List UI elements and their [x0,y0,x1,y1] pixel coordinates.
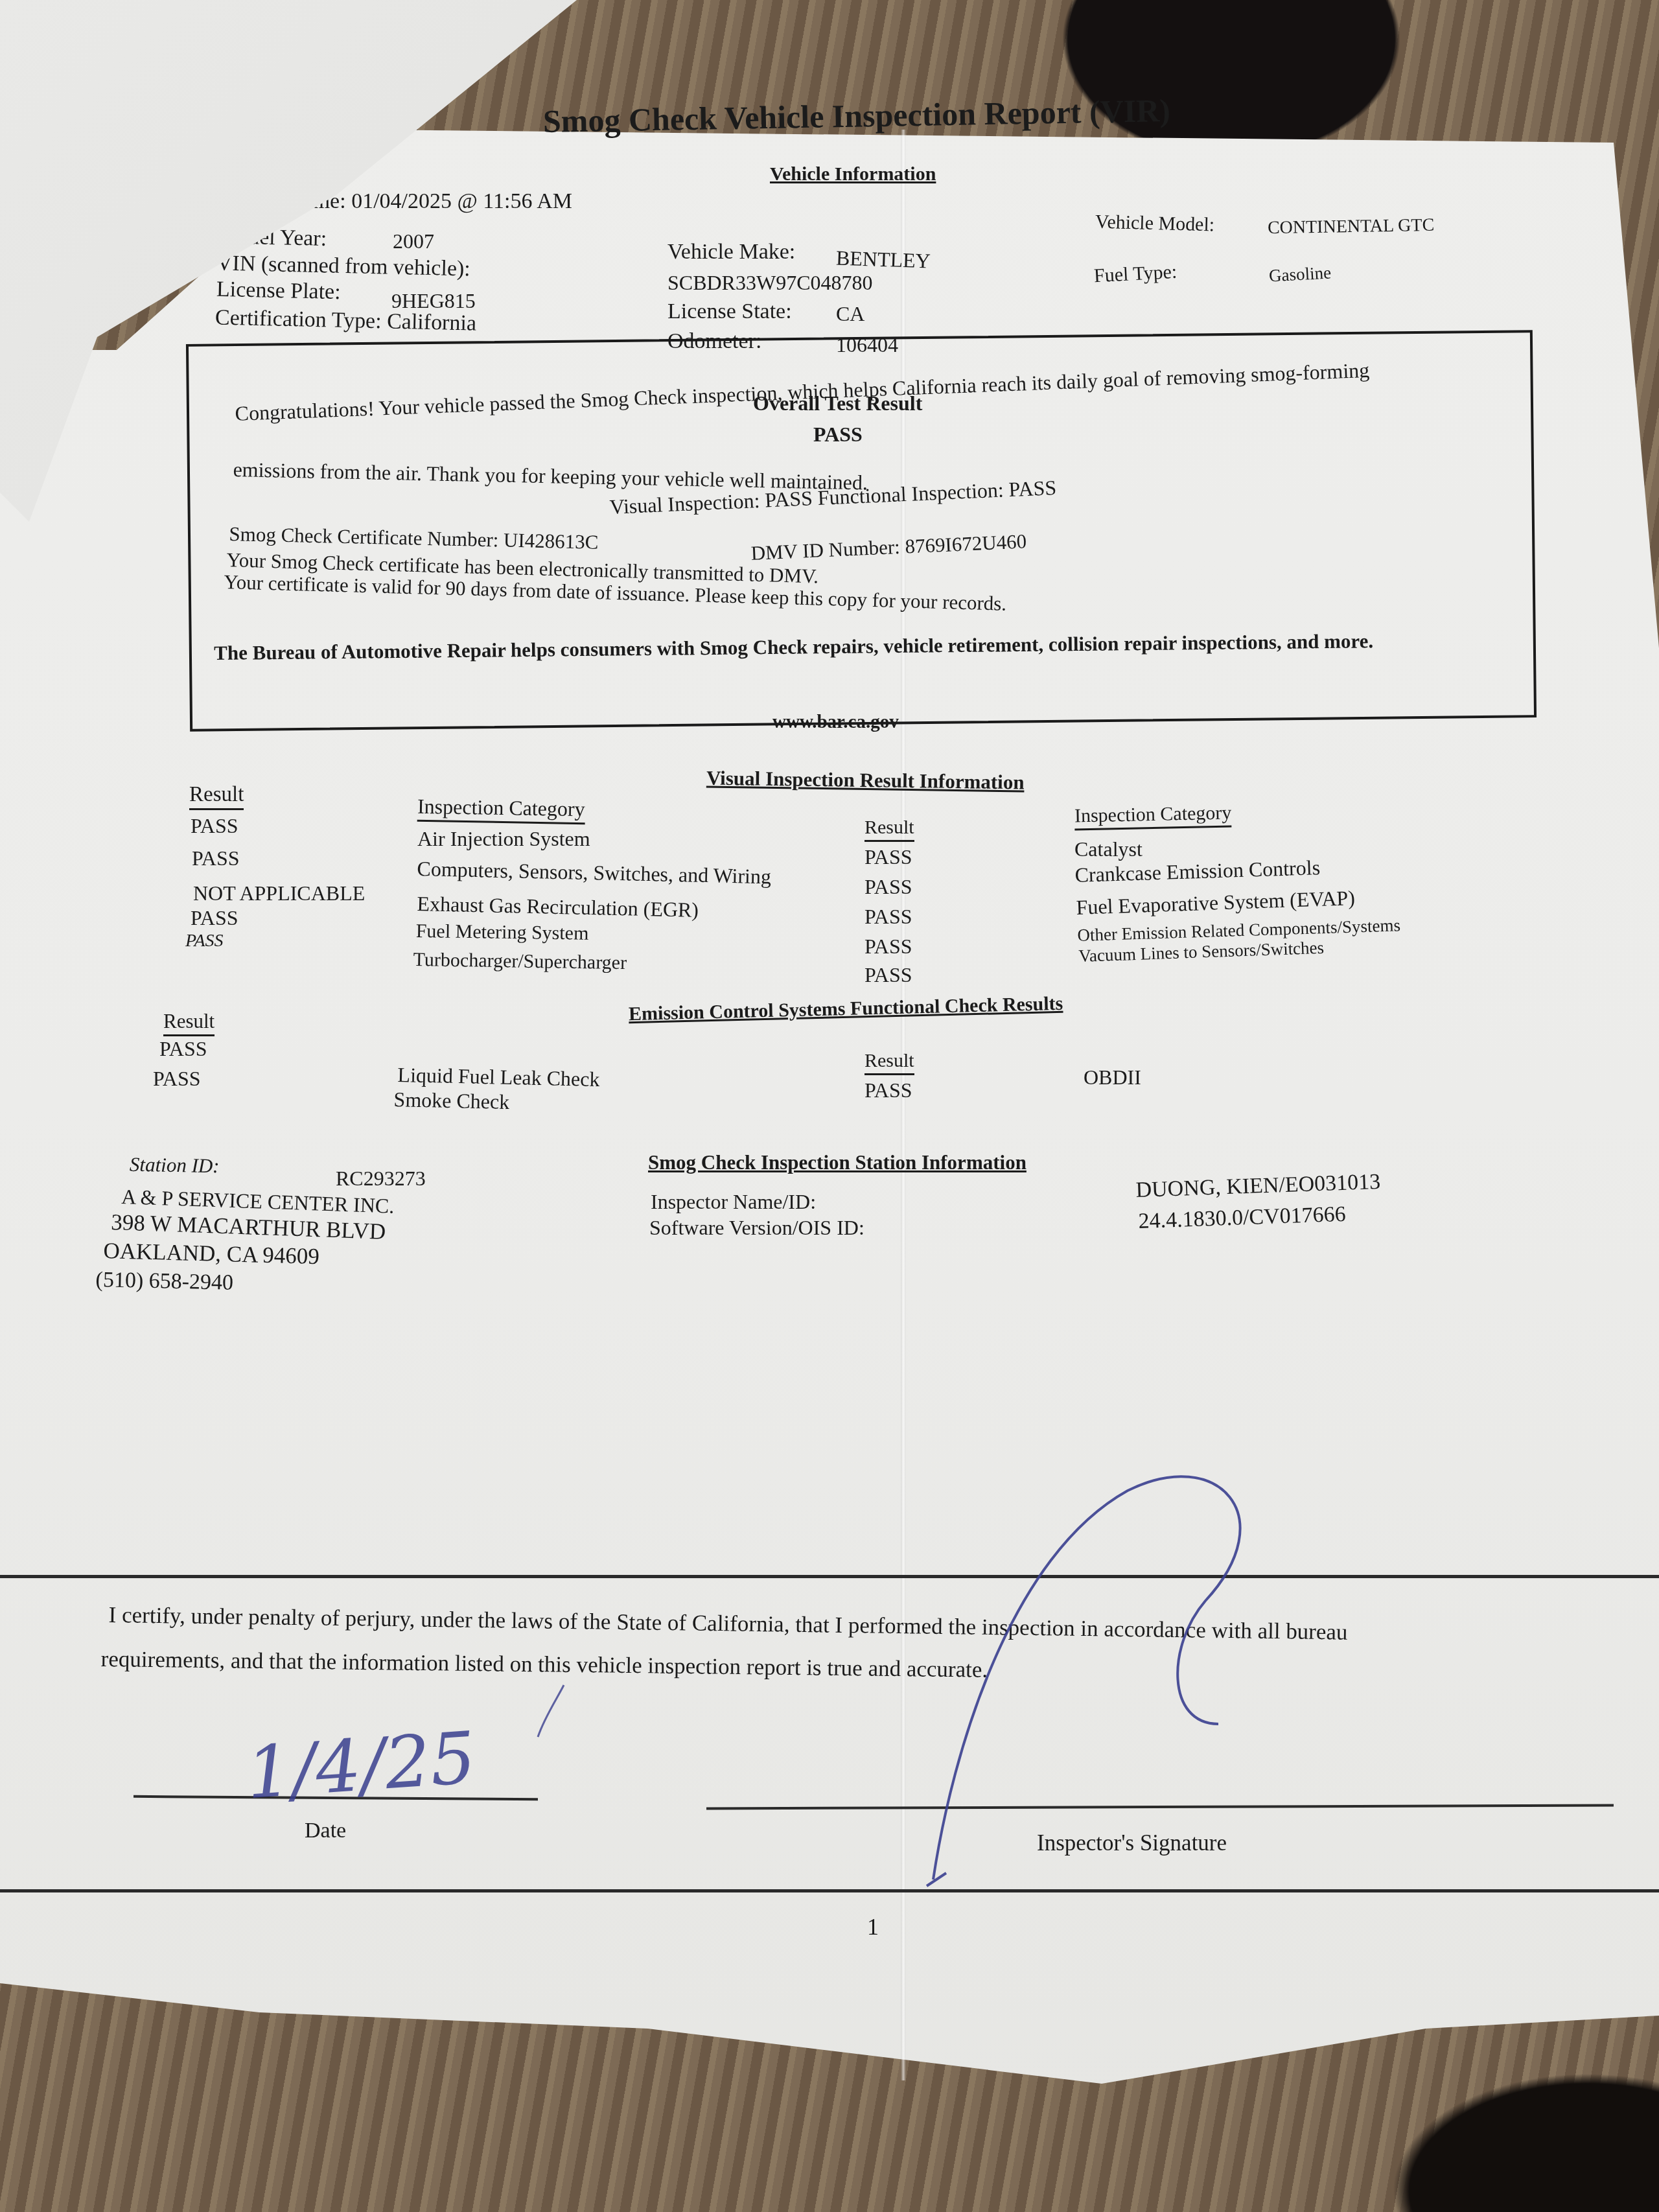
inspector-signature-scribble [0,0,1659,2212]
page-number: 1 [867,1913,879,1940]
vir-document: Smog Check Vehicle Inspection Report (VI… [0,0,1659,2212]
